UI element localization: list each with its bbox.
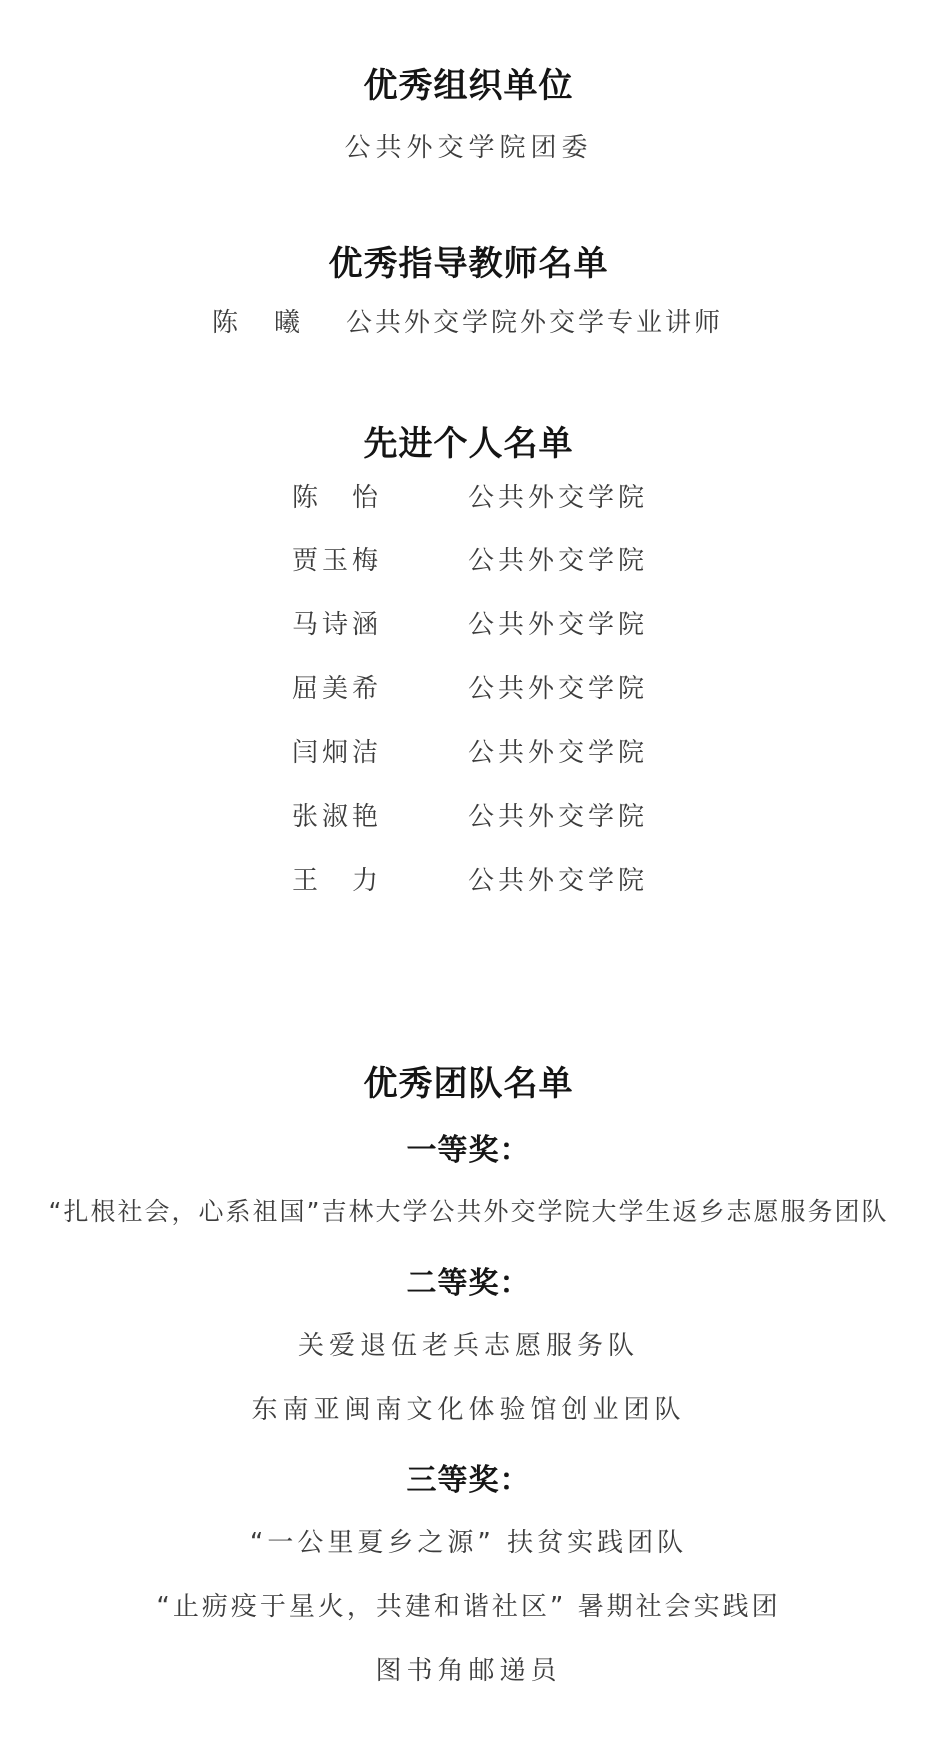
- individual-name: 贾玉梅: [292, 540, 382, 577]
- prize-label-second: 二等奖：: [0, 1258, 937, 1302]
- individual-unit: 公共外交学院: [468, 668, 648, 705]
- individual-name: 屈美希: [292, 668, 382, 705]
- individual-name: 马诗涵: [292, 604, 382, 641]
- team-item: 东南亚闽南文化体验馆创业团队: [0, 1389, 937, 1426]
- section-heading-teams: 优秀团队名单: [0, 1056, 937, 1105]
- advisor-name: 陈 曦: [212, 302, 305, 339]
- individual-unit: 公共外交学院: [468, 796, 648, 833]
- team-item: 关爱退伍老兵志愿服务队: [0, 1325, 937, 1362]
- award-list-document: 优秀组织单位 公共外交学院团委 优秀指导教师名单 陈 曦 公共外交学院外交学专业…: [0, 0, 937, 1764]
- advisor-title: 公共外交学院外交学专业讲师: [346, 302, 723, 339]
- individual-name: 闫炯洁: [292, 732, 382, 769]
- individual-unit: 公共外交学院: [468, 540, 648, 577]
- individual-unit: 公共外交学院: [468, 477, 648, 514]
- prize-label-first: 一等奖：: [0, 1125, 937, 1169]
- individual-unit: 公共外交学院: [468, 732, 648, 769]
- team-item: 图书角邮递员: [0, 1650, 937, 1687]
- individual-unit: 公共外交学院: [468, 860, 648, 897]
- team-item: “扎根社会，心系祖国”吉林大学公共外交学院大学生返乡志愿服务团队: [0, 1192, 937, 1228]
- individual-name: 张淑艳: [292, 796, 382, 833]
- individual-name: 陈 怡: [292, 477, 382, 514]
- individual-name: 王 力: [292, 860, 382, 897]
- prize-label-third: 三等奖：: [0, 1455, 937, 1499]
- section-heading-org-unit: 优秀组织单位: [0, 58, 937, 107]
- org-unit-item: 公共外交学院团委: [0, 127, 937, 164]
- team-item: “止疬疫于星火，共建和谐社区” 暑期社会实践团: [0, 1586, 937, 1623]
- team-item: “一公里夏乡之源” 扶贫实践团队: [0, 1522, 937, 1559]
- section-heading-individuals: 先进个人名单: [0, 416, 937, 465]
- individual-unit: 公共外交学院: [468, 604, 648, 641]
- section-heading-advisor: 优秀指导教师名单: [0, 236, 937, 285]
